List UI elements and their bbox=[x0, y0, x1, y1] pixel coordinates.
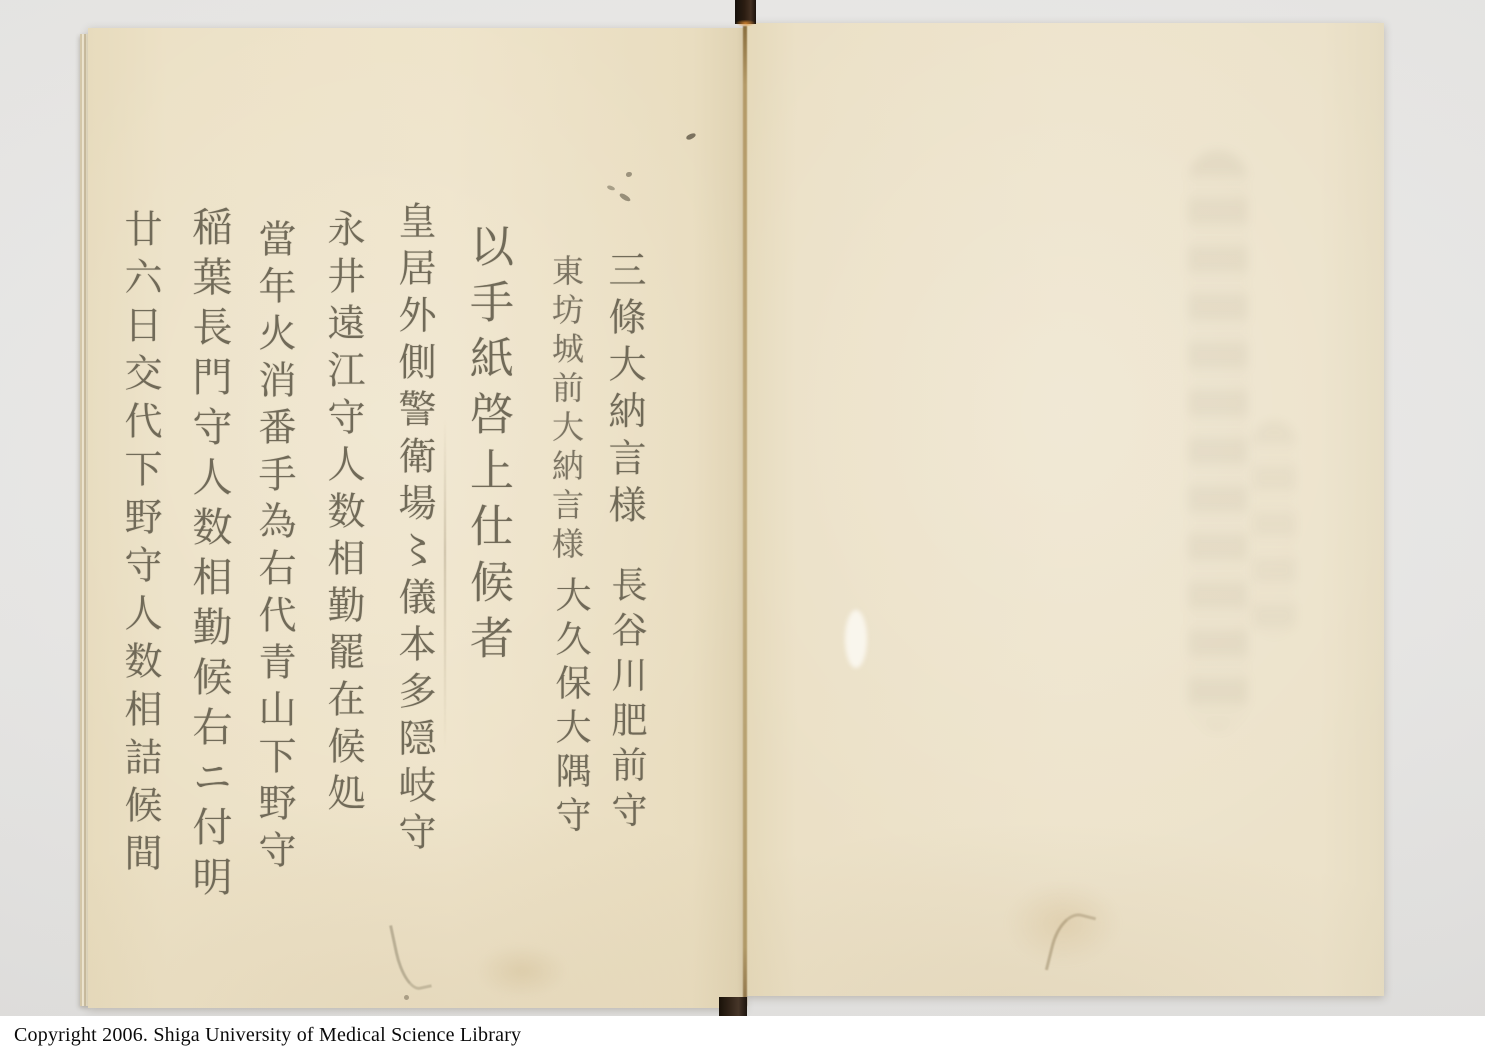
calligraphy-column-6: 當年火消番手為右代青山下野守 bbox=[247, 219, 302, 877]
calligraphy-column-2-name: 大久保大隅守 bbox=[545, 576, 596, 840]
calligraphy-column-4: 皇居外側警衛場〻儀本多隠岐守 bbox=[387, 201, 442, 859]
calligraphy-column-3: 以手紙啓上仕候者 bbox=[455, 223, 519, 671]
calligraphy-column-8: 廿六日交代下野守人数相詰候間 bbox=[113, 209, 168, 881]
binding-gutter bbox=[743, 26, 747, 1006]
calligraphy-column-1: 三條大納言様 bbox=[597, 250, 652, 532]
calligraphy-column-5: 永井遠江守人数相勤罷在候処 bbox=[316, 209, 371, 820]
calligraphy-column-2: 東坊城前大納言様 bbox=[543, 254, 589, 566]
calligraphy-column-7: 稲葉長門守人数相勤候右ニ付明 bbox=[181, 206, 238, 906]
copyright-bar: Copyright 2006. Shiga University of Medi… bbox=[0, 1016, 1485, 1054]
calligraphy-column-1-name: 長谷川肥前守 bbox=[601, 566, 652, 836]
copyright-text: Copyright 2006. Shiga University of Medi… bbox=[14, 1024, 521, 1047]
scanned-manuscript-photo: 三條大納言様 長谷川肥前守 東坊城前大納言様 大久保大隅守 以手紙啓上仕候者 皇… bbox=[0, 0, 1485, 1054]
right-page bbox=[746, 23, 1384, 996]
spine-rod-top bbox=[735, 0, 756, 24]
